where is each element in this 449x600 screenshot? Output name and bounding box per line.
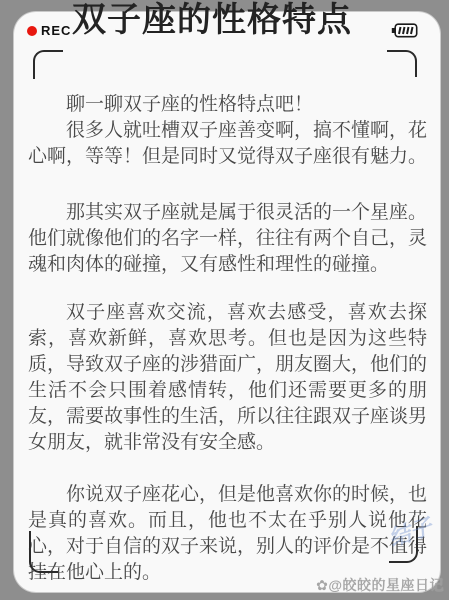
viewfinder-corner-top-left-icon [33,50,63,79]
body-paragraph: 双子座喜欢交流，喜欢去感受，喜欢去探索，喜欢新鲜，喜欢思考。但也是因为这些特质，… [28,300,427,456]
page-title: 双子座的性格特点 [72,0,352,41]
body-paragraph: 你说双子座花心，但是他喜欢你的时候，也是真的喜欢。而且，他也不太在乎别人说他花心… [28,482,427,586]
body-paragraph: 很多人就吐槽双子座善变啊，搞不懂啊，花心啊，等等！但是同时又觉得双子座很有魅力。 [28,118,427,170]
rec-dot-icon [27,26,37,36]
viewfinder-corner-bottom-left-icon [29,531,58,573]
body-paragraph: 那其实双子座就是属于很灵活的一个星座。他们就像他们的名字一样，往往有两个自己，灵… [28,200,427,278]
battery-icon [391,23,418,43]
rec-label: REC [41,23,71,38]
rec-indicator: REC [27,23,71,38]
body-paragraph: 聊一聊双子座的性格特点吧！ [28,92,427,118]
account-watermark: ✿@皎皎的星座日记 [316,575,444,595]
viewfinder-corner-top-right-icon [387,50,417,77]
article-body: 聊一聊双子座的性格特点吧！ 很多人就吐槽双子座善变啊，搞不懂啊，花心啊，等等！但… [28,92,427,586]
